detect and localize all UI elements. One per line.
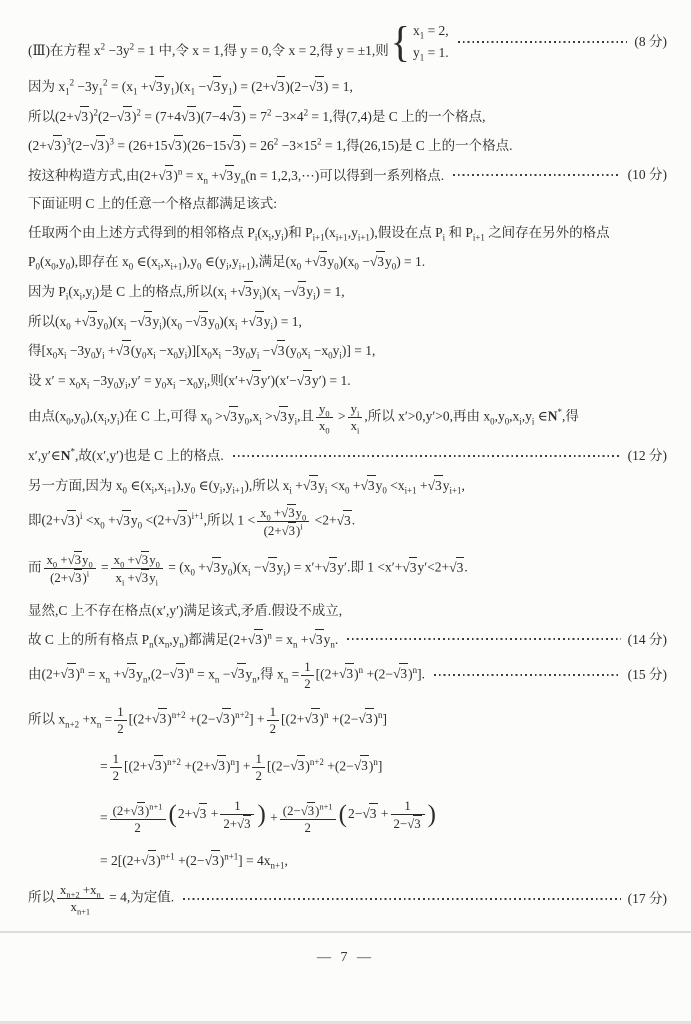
score-marker: (10 分) <box>628 165 667 185</box>
solution-line: 即(2+√3)i <x0 +√3y0 <(2+√3)i+1,所以 1 <x0 +… <box>28 504 667 539</box>
solution-lines: (Ⅲ)在方程 x2 −3y2 = 1 中,令 x = 1,得 y = 0,令 x… <box>28 20 667 915</box>
dot-leader <box>458 41 628 43</box>
score-marker: (12 分) <box>628 446 667 466</box>
solution-line: 因为 x12 −3y12 = (x1 +√3y1)(x1 −√3y1) = (2… <box>28 76 667 97</box>
solution-line: 所以xn+2 +xnxn+1 = 4,为定值.(17 分) <box>28 882 667 915</box>
line-content: 另一方面,因为 x0 ∈(xi,xi+1),y0 ∈(yi,yi+1),所以 x… <box>28 475 465 496</box>
solution-line: =(2+√3)n+12(2+√3 +12+√3) +(2−√3)n+12(2−√… <box>28 798 667 836</box>
line-content: 由点(x0,y0),(xi,yi)在 C 上,可得 x0 >√3y0,xi >√… <box>28 401 579 434</box>
line-content: 按这种构造方式,由(2+√3)n = xn +√3yn(n = 1,2,3,⋯)… <box>28 165 444 186</box>
solution-line: 显然,C 上不存在格点(x′,y′)满足该式,矛盾.假设不成立, <box>28 601 667 621</box>
score-marker: (8 分) <box>634 32 667 52</box>
line-content: (2+√3)3(2−√3)3 = (26+15√3)(26−15√3) = 26… <box>28 135 513 156</box>
line-content: 由(2+√3)n = xn +√3yn,(2−√3)n = xn −√3yn,得… <box>28 659 425 692</box>
dot-leader <box>183 898 621 900</box>
line-content: 得[x0xi −3y0yi +√3(y0xi −x0yi)][x0xi −3y0… <box>28 340 375 361</box>
solution-line: 另一方面,因为 x0 ∈(xi,xi+1),y0 ∈(yi,yi+1),所以 x… <box>28 475 667 496</box>
score-marker: (14 分) <box>628 630 667 650</box>
line-content: 下面证明 C 上的任意一个格点都满足该式: <box>28 194 277 214</box>
solution-line: 所以 xn+2 +xn =12[(2+√3)n+2 +(2−√3)n+2] +1… <box>28 704 667 737</box>
solution-line: 设 x′ = x0xi −3y0yi,y′ = y0xi −x0yi,则(x′+… <box>28 370 667 391</box>
solution-line: 故 C 上的所有格点 Pn(xn,yn)都满足(2+√3)n = xn +√3y… <box>28 629 667 650</box>
line-content: (Ⅲ)在方程 x2 −3y2 = 1 中,令 x = 1,得 y = 0,令 x… <box>28 20 449 64</box>
line-content: 故 C 上的所有格点 Pn(xn,yn)都满足(2+√3)n = xn +√3y… <box>28 629 338 650</box>
line-content: 所以xn+2 +xnxn+1 = 4,为定值. <box>28 882 174 915</box>
solution-line: 所以(2+√3)2(2−√3)2 = (7+4√3)(7−4√3) = 72 −… <box>28 106 667 127</box>
scan-artifact-line <box>0 931 691 933</box>
solution-line: 得[x0xi −3y0yi +√3(y0xi −x0yi)][x0xi −3y0… <box>28 340 667 361</box>
cases-brace: { <box>391 24 410 61</box>
solution-line: 而x0 +√3y0(2+√3)i =x0 +√3y0xi +√3yi = (x0… <box>28 551 667 586</box>
line-content: x′,y′∈N*,故(x′,y′)也是 C 上的格点. <box>28 446 224 466</box>
solution-line: 因为 Pi(xi,yi)是 C 上的格点,所以(xi +√3yi)(xi −√3… <box>28 281 667 302</box>
solution-line: 由点(x0,y0),(xi,yi)在 C 上,可得 x0 >√3y0,xi >√… <box>28 401 667 434</box>
line-content: =(2+√3)n+12(2+√3 +12+√3) +(2−√3)n+12(2−√… <box>100 798 437 836</box>
solution-line: =12[(2+√3)n+2 +(2+√3)n] +12[(2−√3)n+2 +(… <box>28 751 667 784</box>
line-content: = 2[(2+√3)n+1 +(2−√3)n+1] = 4xn+1, <box>100 850 288 871</box>
solution-line: 按这种构造方式,由(2+√3)n = xn +√3yn(n = 1,2,3,⋯)… <box>28 165 667 186</box>
solution-line: 下面证明 C 上的任意一个格点都满足该式: <box>28 194 667 214</box>
dot-leader <box>347 638 620 640</box>
solution-line: x′,y′∈N*,故(x′,y′)也是 C 上的格点.(12 分) <box>28 446 667 466</box>
solution-line: (Ⅲ)在方程 x2 −3y2 = 1 中,令 x = 1,得 y = 0,令 x… <box>28 20 667 64</box>
line-content: 设 x′ = x0xi −3y0yi,y′ = y0xi −x0yi,则(x′+… <box>28 370 351 391</box>
dot-leader <box>233 455 621 457</box>
document-page: (Ⅲ)在方程 x2 −3y2 = 1 中,令 x = 1,得 y = 0,令 x… <box>0 0 691 1024</box>
page-number: — 7 — <box>0 950 691 966</box>
solution-line: 所以(x0 +√3y0)(xi −√3yi)(x0 −√3y0)(xi +√3y… <box>28 311 667 332</box>
line-content: 所以(2+√3)2(2−√3)2 = (7+4√3)(7−4√3) = 72 −… <box>28 106 486 127</box>
dot-leader <box>453 174 620 176</box>
solution-line: 任取两个由上述方式得到的相邻格点 Pi(xi,yi)和 Pi+1(xi+1,yi… <box>28 223 667 243</box>
line-content: 所以 xn+2 +xn =12[(2+√3)n+2 +(2−√3)n+2] +1… <box>28 704 387 737</box>
line-content: 因为 x12 −3y12 = (x1 +√3y1)(x1 −√3y1) = (2… <box>28 76 353 97</box>
solution-line: P0(x0,y0),即存在 x0 ∈(xi,xi+1),y0 ∈(yi,yi+1… <box>28 251 667 272</box>
line-content: 显然,C 上不存在格点(x′,y′)满足该式,矛盾.假设不成立, <box>28 601 342 621</box>
dot-leader <box>434 674 621 676</box>
line-content: 任取两个由上述方式得到的相邻格点 Pi(xi,yi)和 Pi+1(xi+1,yi… <box>28 223 610 243</box>
solution-line: (2+√3)3(2−√3)3 = (26+15√3)(26−15√3) = 26… <box>28 135 667 156</box>
line-content: 因为 Pi(xi,yi)是 C 上的格点,所以(xi +√3yi)(xi −√3… <box>28 281 345 302</box>
score-marker: (15 分) <box>628 665 667 685</box>
solution-line: 由(2+√3)n = xn +√3yn,(2−√3)n = xn −√3yn,得… <box>28 659 667 692</box>
solution-line: = 2[(2+√3)n+1 +(2−√3)n+1] = 4xn+1, <box>28 850 667 871</box>
line-content: 即(2+√3)i <x0 +√3y0 <(2+√3)i+1,所以 1 <x0 +… <box>28 504 355 539</box>
line-content: 所以(x0 +√3y0)(xi −√3yi)(x0 −√3y0)(xi +√3y… <box>28 311 302 332</box>
line-content: =12[(2+√3)n+2 +(2+√3)n] +12[(2−√3)n+2 +(… <box>100 751 382 784</box>
score-marker: (17 分) <box>628 889 667 909</box>
line-content: P0(x0,y0),即存在 x0 ∈(xi,xi+1),y0 ∈(yi,yi+1… <box>28 251 425 272</box>
line-content: 而x0 +√3y0(2+√3)i =x0 +√3y0xi +√3yi = (x0… <box>28 551 468 586</box>
